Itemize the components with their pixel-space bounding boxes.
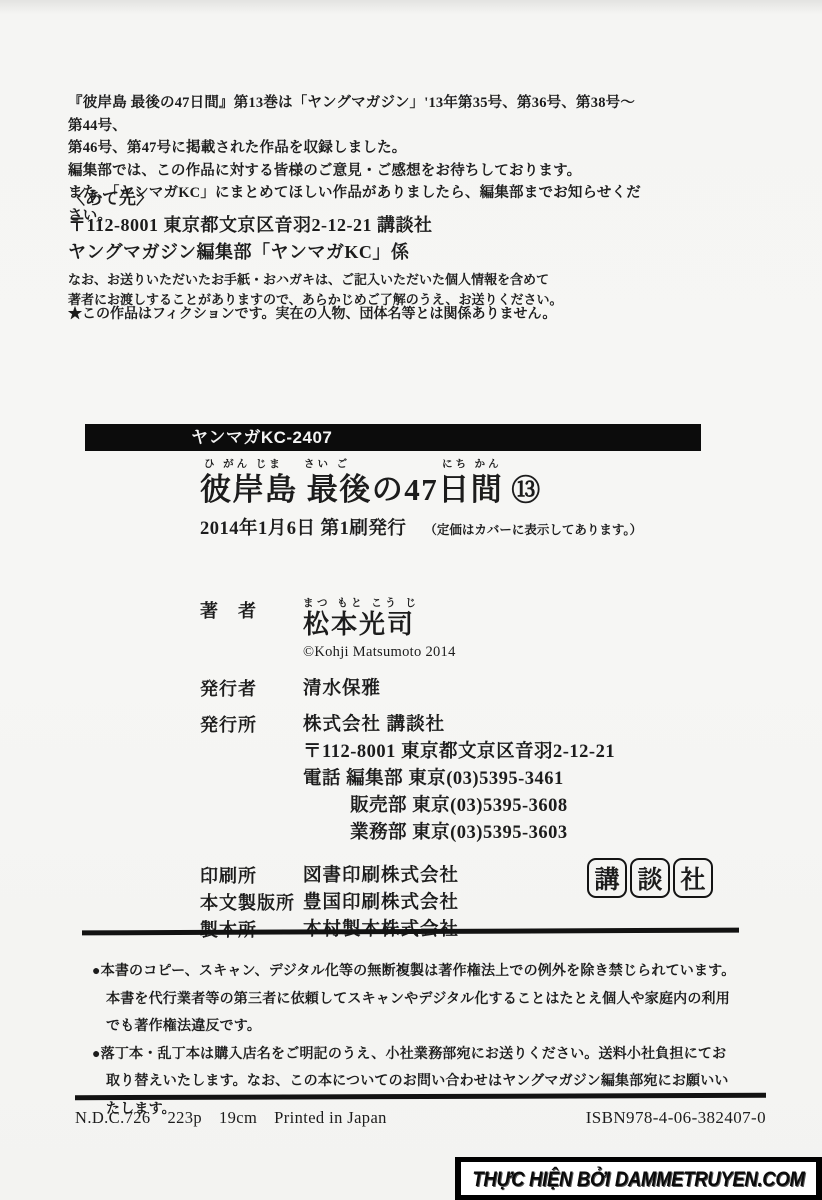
mailing-address-heading: 〈あて先〉: [68, 184, 563, 209]
personal-info-note-line: なお、お送りいただいたお手紙・おハガキは、ご記入いただいた個人情報を含めて: [68, 270, 563, 290]
plate-maker-label: 本文製版所: [200, 890, 303, 917]
serialization-note-line: 『彼岸島 最後の47日間』第13巻は「ヤングマガジン」'13年第35号、第36号…: [68, 92, 648, 137]
series-code-bar: ヤンマガKC-2407: [85, 424, 701, 451]
author-row: 著 者 まつ もと こう じ 松本光司 ©Kohji Matsumoto 201…: [200, 598, 680, 662]
author-label: 著 者: [200, 598, 303, 625]
book-title: 彼岸島 最後の47日間⑬: [200, 471, 680, 510]
fiction-disclaimer: ★この作品はフィクションです。実在の人物、団体名等とは関係ありません。: [68, 303, 556, 323]
book-title-text: 彼岸島 最後の47日間: [200, 472, 503, 507]
mailing-address-line1: 〒112-8001 東京都文京区音羽2-12-21 講談社: [68, 212, 563, 239]
print-date: 2014年1月6日 第1刷発行: [200, 519, 406, 539]
copyright-line: ©Kohji Matsumoto 2014: [303, 642, 456, 662]
kodansha-logo-char: 談: [630, 858, 670, 898]
phone-business: 業務部 東京(03)5395-3603: [350, 820, 680, 847]
ndc-printed-info: N.D.C.726 223p 19cm Printed in Japan: [75, 1104, 387, 1128]
phone-sales: 販売部 東京(03)5395-3608: [350, 793, 680, 820]
publishing-house-label: 発行所: [200, 712, 303, 739]
plate-maker-name: 豊国印刷株式会社: [303, 890, 459, 917]
title-block: ひ がん じま さい ご にち かん 彼岸島 最後の47日間⑬ 2014年1月6…: [200, 456, 680, 540]
series-code-label: ヤンマガKC-2407: [191, 428, 332, 447]
publisher-name: 清水保雅: [303, 676, 381, 703]
printer-name: 図書印刷株式会社: [303, 863, 459, 890]
mailing-address-block: 〈あて先〉 〒112-8001 東京都文京区音羽2-12-21 講談社 ヤングマ…: [68, 184, 563, 310]
publishing-house-row: 発行所 株式会社 講談社: [200, 712, 680, 739]
print-date-row: 2014年1月6日 第1刷発行 （定価はカバーに表示してあります。）: [200, 514, 680, 540]
price-note: （定価はカバーに表示してあります。）: [424, 523, 642, 537]
publishing-house-name: 株式会社 講談社: [303, 712, 445, 739]
mailing-address-line2: ヤングマガジン編集部「ヤンマガKC」係: [68, 239, 563, 266]
kodansha-logo-char: 講: [587, 858, 627, 898]
scanlation-credit-inner: THỰC HIỆN BỞI DAMMETRUYEN.COM: [461, 1162, 816, 1195]
volume-number-mark: ⑬: [511, 475, 540, 507]
serialization-note-line: 編集部では、この作品に対する皆様のご意見・ご感想をお待ちしております。: [68, 160, 648, 183]
publisher-label: 発行者: [200, 676, 303, 703]
publisher-row: 発行者 清水保雅: [200, 676, 680, 703]
author-name: 松本光司: [303, 610, 456, 640]
title-furigana-group: にち かん: [442, 456, 502, 471]
serialization-note-line: 第46号、第47号に掲載された作品を収録しました。: [68, 137, 648, 160]
author-furigana: まつ もと こう じ: [303, 598, 456, 610]
copyright-warning-notice: ●本書のコピー、スキャン、デジタル化等の無断複製は著作権法上での例外を除き禁じら…: [92, 958, 740, 1041]
kodansha-logo-char: 社: [673, 858, 713, 898]
isbn-number: ISBN978-4-06-382407-0: [586, 1108, 766, 1128]
scanlation-credit-banner: THỰC HIỆN BỞI DAMMETRUYEN.COM: [455, 1157, 822, 1200]
scanlation-credit-text: THỰC HIỆN BỞI DAMMETRUYEN.COM: [472, 1166, 804, 1191]
kodansha-logo: 講 談 社: [587, 858, 713, 898]
publishing-house-address: 〒112-8001 東京都文京区音羽2-12-21: [303, 739, 680, 766]
title-furigana-group: ひ がん じま: [204, 456, 283, 471]
colophon-page: 『彼岸島 最後の47日間』第13巻は「ヤングマガジン」'13年第35号、第36号…: [0, 0, 822, 1200]
title-furigana: ひ がん じま さい ご にち かん: [200, 456, 680, 471]
printer-label: 印刷所: [200, 863, 303, 890]
author-value: まつ もと こう じ 松本光司 ©Kohji Matsumoto 2014: [303, 598, 456, 662]
catalog-line: N.D.C.726 223p 19cm Printed in Japan ISB…: [75, 1104, 766, 1128]
title-furigana-group: さい ご: [304, 456, 350, 471]
phone-editorial: 電話 編集部 東京(03)5395-3461: [303, 766, 680, 793]
